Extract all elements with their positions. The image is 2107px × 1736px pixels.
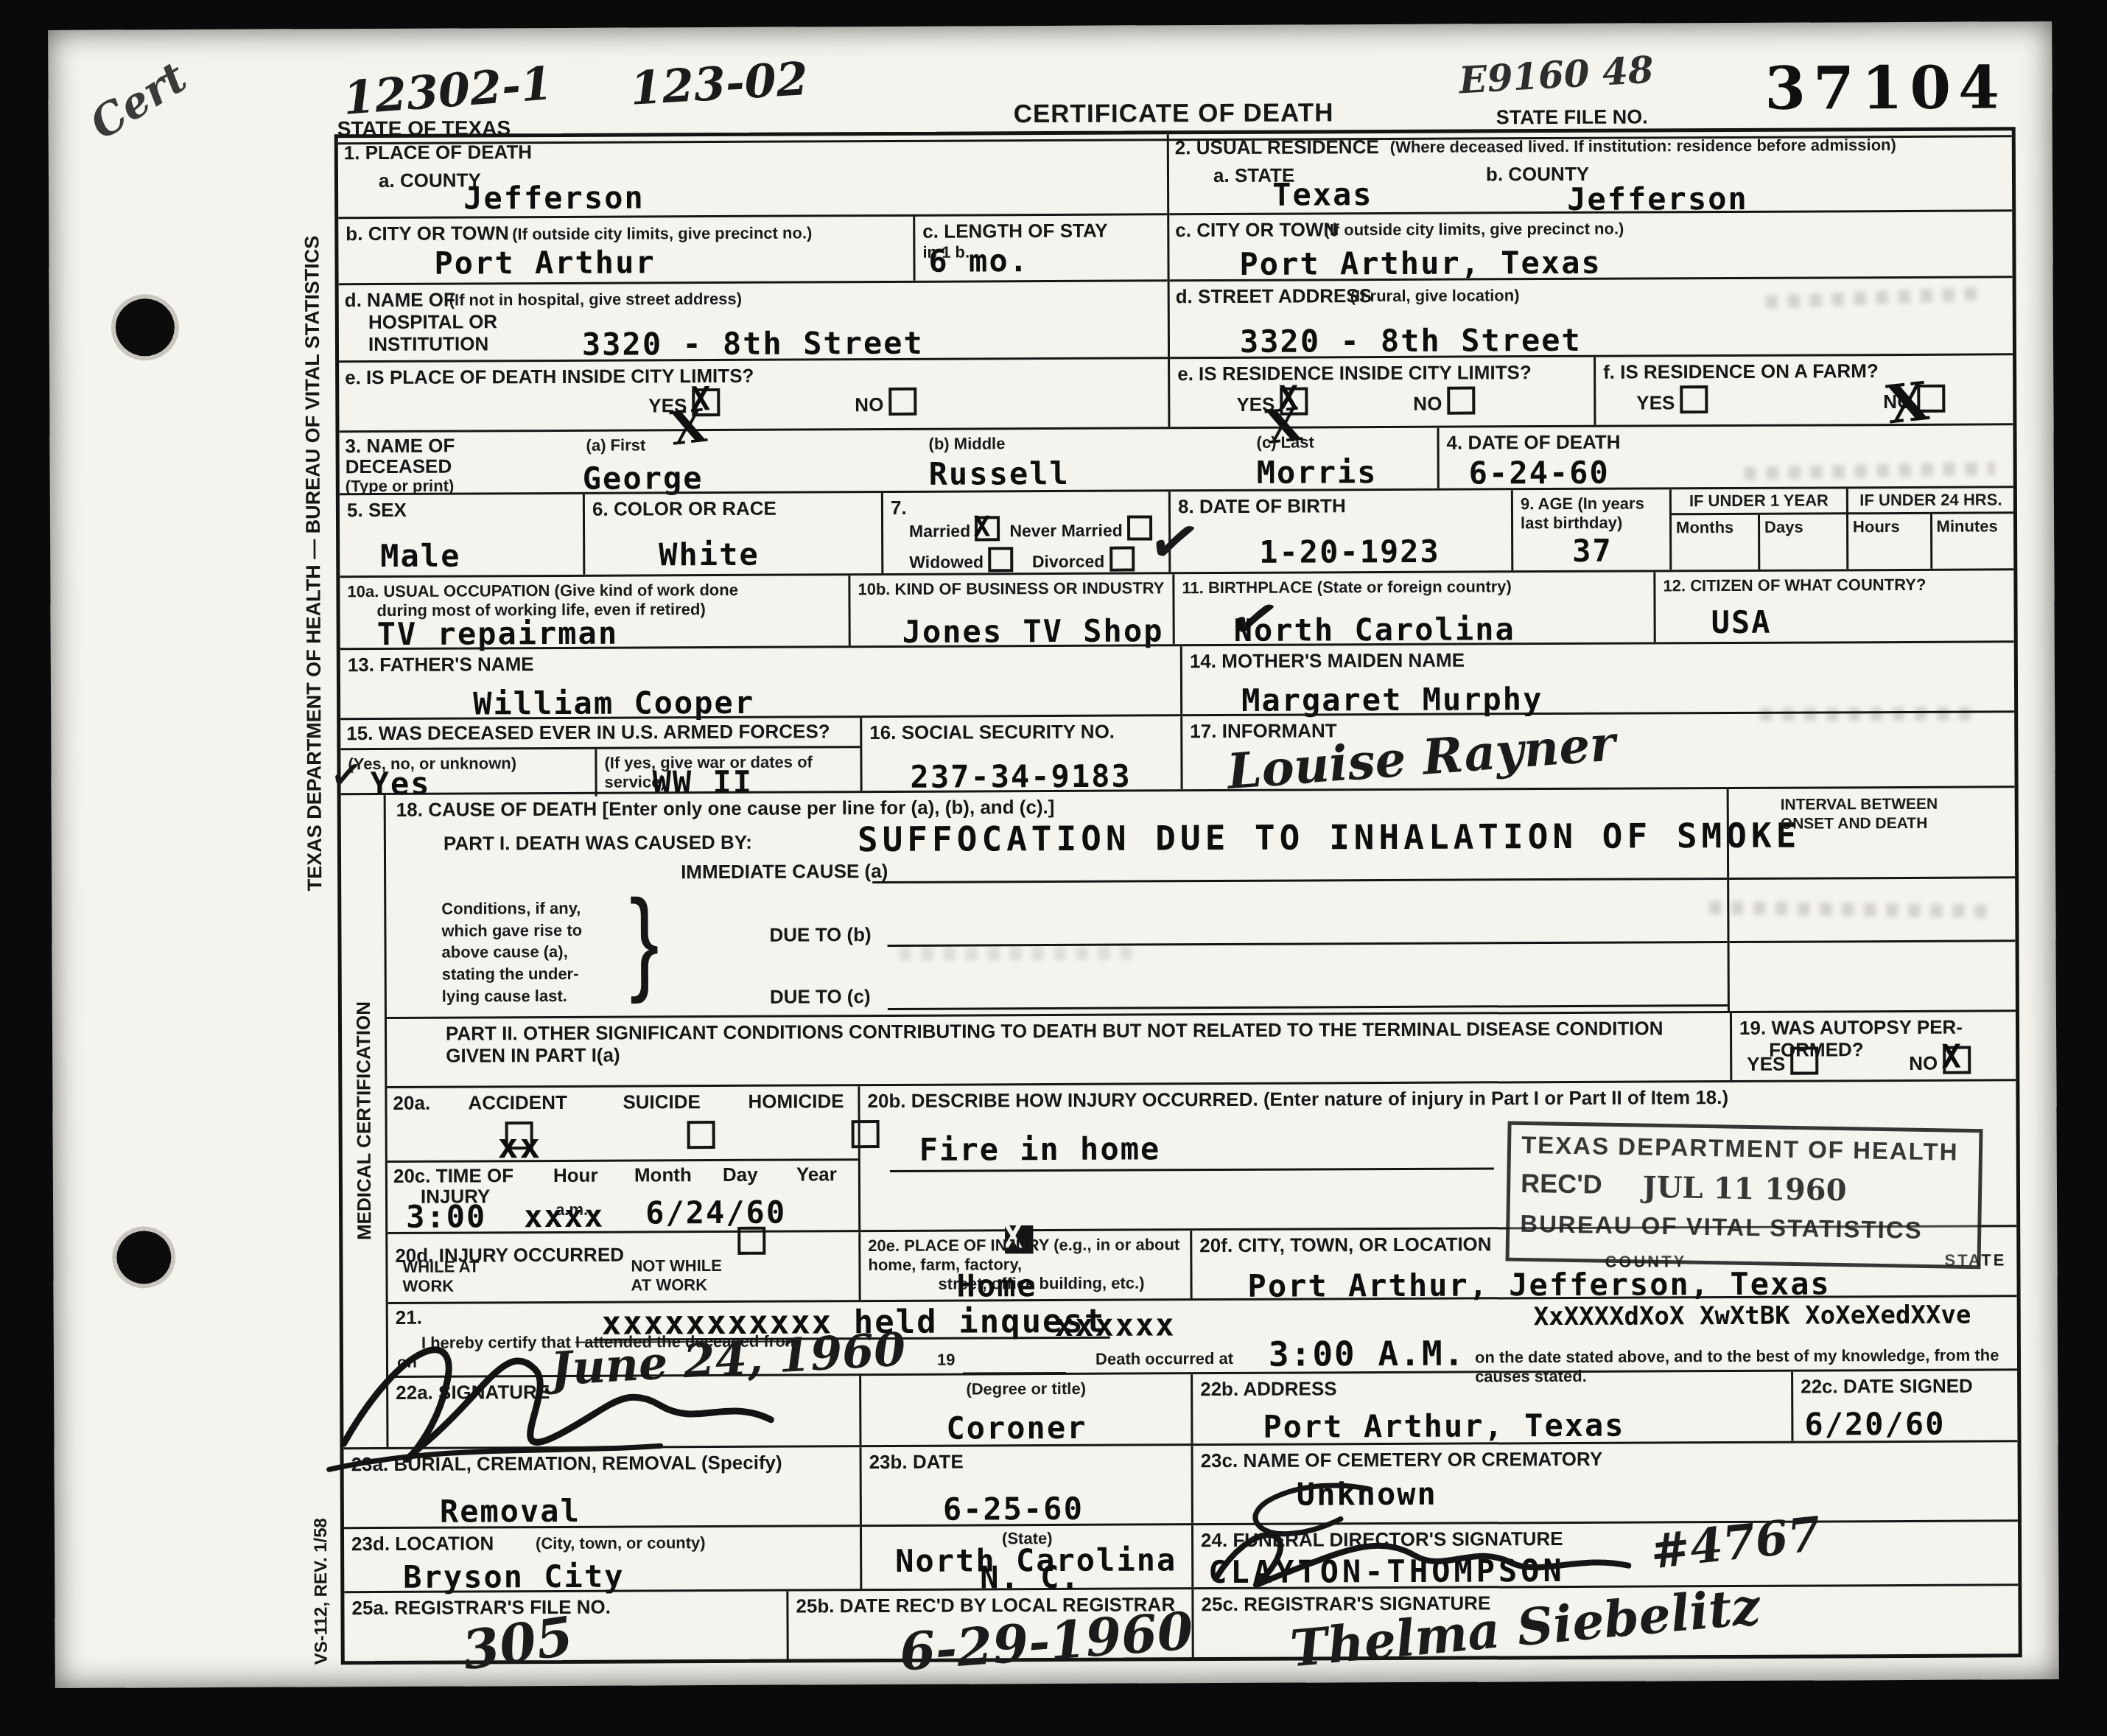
residence-city-value: Port Arthur, Texas — [1239, 245, 1601, 282]
describe-injury-value: Fire in home — [919, 1130, 1161, 1167]
year-label: Year — [796, 1163, 837, 1186]
autopsy-no: NO X — [1909, 1046, 1971, 1075]
degree-label: (Degree or title) — [869, 1379, 1183, 1399]
describe-injury-label: 20b. DESCRIBE HOW INJURY OCCURRED. (Ente… — [867, 1087, 1728, 1113]
burial-date-value: 6-25-60 — [943, 1491, 1084, 1527]
cause-of-death-cell: 18. CAUSE OF DEATH [Enter only one cause… — [386, 789, 1728, 1017]
city-value: Port Arthur — [434, 244, 655, 281]
birthplace-cell: 11. BIRTHPLACE (State or foreign country… — [1172, 572, 1653, 644]
burial-cell: 23a. BURIAL, CREMATION, REMOVAL (Specify… — [344, 1447, 860, 1527]
part2-cell: PART II. OTHER SIGNIFICANT CONDITIONS CO… — [387, 1013, 1730, 1086]
interval-cell: INTERVAL BETWEEN ONSET AND DEATH — [1727, 788, 2016, 1011]
burial-date-label: 23b. DATE — [869, 1451, 964, 1474]
autopsy-yes: YES — [1747, 1047, 1818, 1076]
hour-label: Hour — [553, 1165, 598, 1187]
stamp-line2: REC'DJUL 11 1960 — [1521, 1168, 1968, 1210]
armed-forces-answer-cell: (Yes, no, or unknown) ✓ Yes — [340, 749, 595, 798]
describe-injury-line — [890, 1167, 1494, 1172]
row-parents: 13. FATHER'S NAME William Cooper 14. MOT… — [340, 640, 2014, 718]
injury-occurred-cell: 20d. INJURY OCCURRED WHILE ATWORK NOT WH… — [388, 1232, 858, 1302]
ssn-cell: 16. SOCIAL SECURITY NO. 237-34-9183 — [860, 716, 1180, 791]
punch-hole — [116, 298, 175, 356]
degree-cell: (Degree or title) Coroner — [859, 1374, 1191, 1445]
injury-date-value: 6/24/60 — [645, 1194, 786, 1231]
divorced-label: Divorced — [1032, 552, 1105, 571]
marital-status-cell: 7. Married X Never Married Widowed Divor… — [881, 491, 1168, 573]
while-at-work-checkbox — [737, 1227, 765, 1255]
father-cell: 13. FATHER'S NAME William Cooper — [340, 646, 1180, 718]
age-value: 37 — [1572, 533, 1613, 569]
accident-label: ACCIDENT — [468, 1092, 567, 1114]
medical-certification-block: MEDICAL CERTIFICATION 18. CAUSE OF DEATH… — [341, 785, 2018, 1447]
hospital-value: 3320 - 8th Street — [582, 325, 924, 363]
ampm-strike: xxxx — [524, 1198, 604, 1234]
cause-of-death-label: 18. CAUSE OF DEATH [Enter only one cause… — [396, 797, 1055, 822]
due-to-b-label: DUE TO (b) — [769, 924, 871, 946]
city-label: b. CITY OR TOWN — [346, 222, 509, 245]
due-to-b-line — [888, 941, 1728, 947]
death-time-typed: 3:00 A.M. — [1269, 1334, 1465, 1374]
accident-suicide-homicide-cell: 20a. ACCIDENT SUICIDE HOMICIDE xx — [387, 1086, 858, 1163]
armed-forces-label: 15. WAS DECEASED EVER IN U.S. ARMED FORC… — [340, 718, 860, 748]
certificate-paper: Cert TEXAS DEPARTMENT OF HEALTH — BUREAU… — [48, 21, 2059, 1688]
hospital-label2: HOSPITAL OR — [368, 311, 497, 334]
age-label: 9. AGE (In years — [1521, 494, 1662, 514]
due-to-c-label: DUE TO (c) — [770, 986, 871, 1008]
yes-option: YES — [1636, 385, 1708, 414]
margin-department-text: TEXAS DEPARTMENT OF HEALTH — BUREAU OF V… — [301, 294, 327, 891]
married-checkbox: X — [975, 516, 1000, 541]
interval-label2: ONSET AND DEATH — [1781, 815, 1928, 833]
middle-name-label: (b) Middle — [929, 434, 1006, 453]
marital-label: 7. — [891, 497, 907, 519]
date-of-death-cell: 4. DATE OF DEATH 6-24-60 — [1437, 425, 2013, 488]
place-of-injury-cell: 20e. PLACE OF INJURY (e.g., in or about … — [858, 1231, 1190, 1300]
if-under-1-year-cell: IF UNDER 1 YEAR Months Days — [1669, 489, 1846, 570]
informant-cell: 17. INFORMANT Louise Rayner — [1180, 713, 2014, 789]
race-label: 6. COLOR OR RACE — [592, 497, 776, 520]
city-label-paren: (If outside city limits, give precinct n… — [512, 223, 812, 243]
usual-residence-label: 2. USUAL RESIDENCE — [1175, 136, 1379, 159]
location-label: 23d. LOCATION — [351, 1532, 494, 1555]
residence-inside-city-cell: e. IS RESIDENCE INSIDE CITY LIMITS? YES … — [1170, 357, 1594, 427]
date-of-death-label: 4. DATE OF DEATH — [1446, 431, 1620, 454]
typed-x-overstrike: XxXXXXdXoX XwXtBK XoXeXedXXve — [1534, 1301, 1971, 1332]
suicide-label: SUICIDE — [623, 1091, 701, 1113]
burial-location-cell: 23d. LOCATION (City, town, or county) Br… — [344, 1527, 860, 1591]
sex-cell: 5. SEX Male — [340, 494, 583, 575]
if-under-24-hrs-cell: IF UNDER 24 HRS. Hours Minutes — [1846, 488, 2013, 569]
residence-city-paren: (If outside city limits, give precinct n… — [1324, 220, 1624, 240]
stamp-line1: TEXAS DEPARTMENT OF HEALTH — [1521, 1131, 1969, 1166]
registrar-file-label: 25a. REGISTRAR'S FILE NO. — [351, 1596, 611, 1620]
business-label: 10b. KIND OF BUSINESS OR INDUSTRY — [858, 578, 1165, 599]
divorced-checkbox — [1109, 547, 1135, 572]
row-personal: 5. SEX Male 6. COLOR OR RACE White 7. Ma… — [340, 486, 2013, 575]
scanned-death-certificate: Cert TEXAS DEPARTMENT OF HEALTH — BUREAU… — [0, 0, 2107, 1736]
business-cell: 10b. KIND OF BUSINESS OR INDUSTRY Jones … — [848, 574, 1172, 645]
days-label: Days — [1758, 514, 1846, 570]
time-value: 3:00 — [406, 1198, 486, 1234]
immediate-cause-label: IMMEDIATE CAUSE (a) — [681, 861, 888, 883]
under-1-year-header: IF UNDER 1 YEAR — [1672, 489, 1846, 515]
no-option: NO — [855, 388, 916, 416]
certificate-form: 1. PLACE OF DEATH a. COUNTY Jefferson b.… — [334, 127, 2022, 1665]
last-name-label: (c) Last — [1257, 433, 1314, 452]
middle-name-value: Russell — [929, 455, 1070, 492]
married-label: Married — [909, 521, 970, 540]
residence-state-value: Texas — [1272, 176, 1373, 213]
date-of-birth-cell: 8. DATE OF BIRTH ✓ 1-20-1923 — [1168, 490, 1511, 572]
cause-value: SUFFOCATION DUE TO INHALATION OF SMOKE — [858, 816, 1801, 860]
residence-city-label: c. CITY OR TOWN — [1175, 219, 1337, 242]
war-service-cell: (If yes, give war or dates of service) W… — [595, 748, 860, 797]
ssn-label: 16. SOCIAL SECURITY NO. — [869, 721, 1115, 743]
cell-20a-number: 20a. — [393, 1093, 430, 1115]
interval-line-b — [1730, 939, 2016, 943]
funeral-director-signature — [1193, 1510, 1650, 1593]
place-of-injury-value: Home — [956, 1267, 1037, 1303]
age-cell: 9. AGE (In years last birthday) 37 — [1511, 489, 1669, 570]
length-of-stay-cell: c. LENGTH OF STAY in 1 b. 6 mo. — [913, 215, 1167, 281]
part2-label: PART II. OTHER SIGNIFICANT CONDITIONS CO… — [394, 1018, 1698, 1068]
while-at-work-option: WHILE ATWORK — [402, 1257, 479, 1295]
not-while-at-work-option: NOT WHILEAT WORK — [631, 1256, 722, 1295]
mother-label: 14. MOTHER'S MAIDEN NAME — [1190, 649, 1465, 673]
autopsy-yes-checkbox — [1790, 1047, 1818, 1075]
burial-value: Removal — [440, 1493, 581, 1530]
marital-options-row2: Widowed Divorced — [909, 547, 1135, 573]
stamp-line3: BUREAU OF VITAL STATISTICS — [1520, 1210, 1968, 1245]
funeral-director-cell: 24. FUNERAL DIRECTOR'S SIGNATURE CLAYTON… — [1191, 1522, 2018, 1587]
residence-on-farm-label: f. IS RESIDENCE ON A FARM? — [1603, 360, 1879, 383]
residence-inside-city-label: e. IS RESIDENCE INSIDE CITY LIMITS? — [1177, 361, 1532, 385]
year-blank — [963, 1347, 1066, 1375]
widowed-checkbox — [988, 547, 1013, 572]
citizen-label: 12. CITIZEN OF WHAT COUNTRY? — [1663, 575, 2006, 595]
hospital-label3: INSTITUTION — [368, 333, 488, 356]
marital-options-row1: Married X Never Married — [909, 515, 1152, 541]
father-label: 13. FATHER'S NAME — [348, 653, 534, 676]
place-of-death-label: 1. PLACE OF DEATH — [344, 141, 532, 164]
handwritten-file-number: 12302-1 — [341, 56, 554, 125]
date-signed-label: 22c. DATE SIGNED — [1801, 1375, 1973, 1398]
registrar-date-cell: 25b. DATE REC'D BY LOCAL REGISTRAR 6-29-… — [786, 1589, 1191, 1661]
row-occupation: 10a. USUAL OCCUPATION (Give kind of work… — [340, 568, 2013, 648]
row-location-funeral: 23d. LOCATION (City, town, or county) Br… — [344, 1519, 2018, 1591]
under-24-hrs-header: IF UNDER 24 HRS. — [1848, 488, 2013, 514]
widowed-label: Widowed — [909, 552, 984, 571]
section-place-of-death: 1. PLACE OF DEATH a. COUNTY Jefferson b.… — [338, 134, 1168, 430]
interval-line-a — [1729, 876, 2015, 880]
sex-label: 5. SEX — [347, 499, 407, 521]
handwritten-check: ✓ — [329, 751, 365, 799]
autopsy-cell: 19. WAS AUTOPSY PER- FORMED? YES NO X — [1730, 1012, 2016, 1080]
homicide-label: HOMICIDE — [748, 1091, 844, 1113]
immediate-cause-line — [872, 878, 1727, 883]
date-of-birth-value: 1-20-1923 — [1259, 533, 1440, 570]
name-of-deceased-cell: 3. NAME OF DECEASED (Type or print) (a) … — [339, 428, 1437, 494]
injury-left-column: 20a. ACCIDENT SUICIDE HOMICIDE xx 20c. T… — [387, 1086, 858, 1232]
margin-form-number: VS-112, REV. 1/58 — [311, 1495, 332, 1665]
brace: } — [629, 875, 659, 1007]
city-or-town-cell: b. CITY OR TOWN (If outside city limits,… — [338, 217, 913, 283]
death-occurred-label: Death occurred at — [1095, 1349, 1233, 1369]
row-forces-ssn-informant: 15. WAS DECEASED EVER IN U.S. ARMED FORC… — [340, 710, 2014, 793]
name-label2: DECEASED — [346, 456, 452, 479]
citizen-value: USA — [1711, 604, 1772, 640]
section-usual-residence: 2. USUAL RESIDENCE (Where deceased lived… — [1167, 130, 2013, 427]
months-label: Months — [1672, 515, 1758, 570]
never-married-label: Never Married — [1009, 521, 1123, 541]
conditions-note: Conditions, if any,which gave rise toabo… — [441, 897, 582, 1007]
row-place-residence: 1. PLACE OF DEATH a. COUNTY Jefferson b.… — [338, 130, 2013, 430]
mother-cell: 14. MOTHER'S MAIDEN NAME Margaret Murphy — [1180, 643, 2014, 714]
registrar-file-cell: 25a. REGISTRAR'S FILE NO. 305 — [344, 1592, 786, 1664]
certificate-title: CERTIFICATE OF DEATH — [1014, 98, 1334, 129]
street-address-label: d. STREET ADDRESS — [1176, 285, 1372, 308]
day-label: Day — [723, 1164, 758, 1186]
interval-label1: INTERVAL BETWEEN — [1781, 796, 1938, 814]
received-stamp: TEXAS DEPARTMENT OF HEALTH REC'DJUL 11 1… — [1505, 1121, 1982, 1270]
handwritten-code: E9160 48 — [1458, 48, 1655, 102]
citizen-cell: 12. CITIZEN OF WHAT COUNTRY? USA — [1653, 570, 2013, 642]
address-cell: 22b. ADDRESS Port Arthur, Texas — [1191, 1372, 1791, 1444]
burial-label: 23a. BURIAL, CREMATION, REMOVAL (Specify… — [351, 1452, 782, 1476]
minutes-label: Minutes — [1929, 514, 2013, 568]
hospital-label: d. NAME OF — [345, 290, 455, 312]
degree-value: Coroner — [946, 1410, 1087, 1446]
sex-value: Male — [380, 538, 460, 574]
medical-certification-label: MEDICAL CERTIFICATION — [351, 1002, 375, 1241]
cemetery-label: 23c. NAME OF CEMETERY OR CREMATORY — [1201, 1448, 1603, 1471]
autopsy-label: 19. WAS AUTOPSY PER- — [1739, 1016, 2008, 1039]
address-label: 22b. ADDRESS — [1200, 1377, 1337, 1400]
occupation-label: 10a. USUAL OCCUPATION (Give kind of work… — [347, 580, 841, 601]
registrar-signature-cell: 25c. REGISTRAR'S SIGNATURE Thelma Siebel… — [1191, 1586, 2018, 1659]
no-checkbox — [888, 388, 916, 416]
hospital-label-paren: (If not in hospital, give street address… — [449, 290, 742, 310]
residence-on-farm-cell: f. IS RESIDENCE ON A FARM? YES NO X — [1594, 355, 2013, 424]
yes-checkbox — [1680, 385, 1708, 413]
state-file-no-label: STATE FILE NO. — [1496, 105, 1648, 129]
hours-label: Hours — [1848, 514, 1930, 569]
handwritten-file-number-2: 123-02 — [629, 52, 810, 116]
month-label: Month — [634, 1164, 692, 1186]
burial-date-cell: 23b. DATE 6-25-60 — [860, 1446, 1191, 1525]
row-name: 3. NAME OF DECEASED (Type or print) (a) … — [339, 423, 2013, 493]
row-registrar: 25a. REGISTRAR'S FILE NO. 305 25b. DATE … — [344, 1583, 2018, 1663]
injury-city-label: 20f. CITY, TOWN, OR LOCATION — [1199, 1233, 1491, 1256]
armed-forces-cell: 15. WAS DECEASED EVER IN U.S. ARMED FORC… — [340, 718, 860, 793]
length-of-stay-value: 6 mo. — [928, 242, 1029, 279]
first-name-label: (a) First — [586, 435, 646, 455]
length-of-stay-label: c. LENGTH OF STAY — [922, 220, 1160, 242]
suicide-checkbox — [687, 1121, 715, 1149]
last-name-value: Morris — [1257, 454, 1378, 491]
due-to-c-line — [888, 1004, 1728, 1010]
date-signed-value: 6/20/60 — [1804, 1406, 1945, 1443]
state-file-number: 37104 — [1764, 52, 2007, 122]
no-checkbox — [1447, 387, 1475, 415]
location-paren: (City, town, or county) — [536, 1533, 706, 1553]
punch-hole — [116, 1231, 171, 1284]
time-of-injury-label: 20c. TIME OF — [393, 1165, 513, 1188]
time-of-injury-cell: 20c. TIME OF INJURY Hour Month Day Year … — [388, 1161, 858, 1232]
race-value: White — [659, 536, 760, 573]
autopsy-no-checkbox: X — [1943, 1046, 1971, 1074]
accident-typed-mark: xx — [498, 1126, 542, 1166]
usual-residence-paren: (Where deceased lived. If institution: r… — [1390, 136, 1896, 157]
occupation-cell: 10a. USUAL OCCUPATION (Give kind of work… — [340, 575, 848, 648]
age-label2: last birthday) — [1521, 513, 1662, 533]
row-cause-of-death: 18. CAUSE OF DEATH [Enter only one cause… — [386, 788, 2016, 1017]
county-value: Jefferson — [463, 179, 645, 216]
street-address-paren: (If rural, give location) — [1350, 286, 1520, 306]
pencil-note: Cert — [81, 52, 195, 149]
part1-label: PART I. DEATH WAS CAUSED BY: — [444, 832, 752, 855]
name-label: 3. NAME OF — [346, 435, 455, 458]
burial-state-cell: (State) North Carolina N. C. — [860, 1525, 1191, 1589]
row-part2-autopsy: PART II. OTHER SIGNIFICANT CONDITIONS CO… — [387, 1009, 2016, 1086]
no-option: NO — [1413, 387, 1475, 416]
date-of-death-value: 6-24-60 — [1469, 455, 1610, 491]
race-cell: 6. COLOR OR RACE White — [583, 493, 881, 575]
address-value: Port Arthur, Texas — [1263, 1407, 1624, 1445]
date-signed-cell: 22c. DATE SIGNED 6/20/60 — [1791, 1371, 2017, 1441]
year-19: 19 — [937, 1351, 956, 1370]
street-address-value: 3320 - 8th Street — [1240, 322, 1582, 360]
